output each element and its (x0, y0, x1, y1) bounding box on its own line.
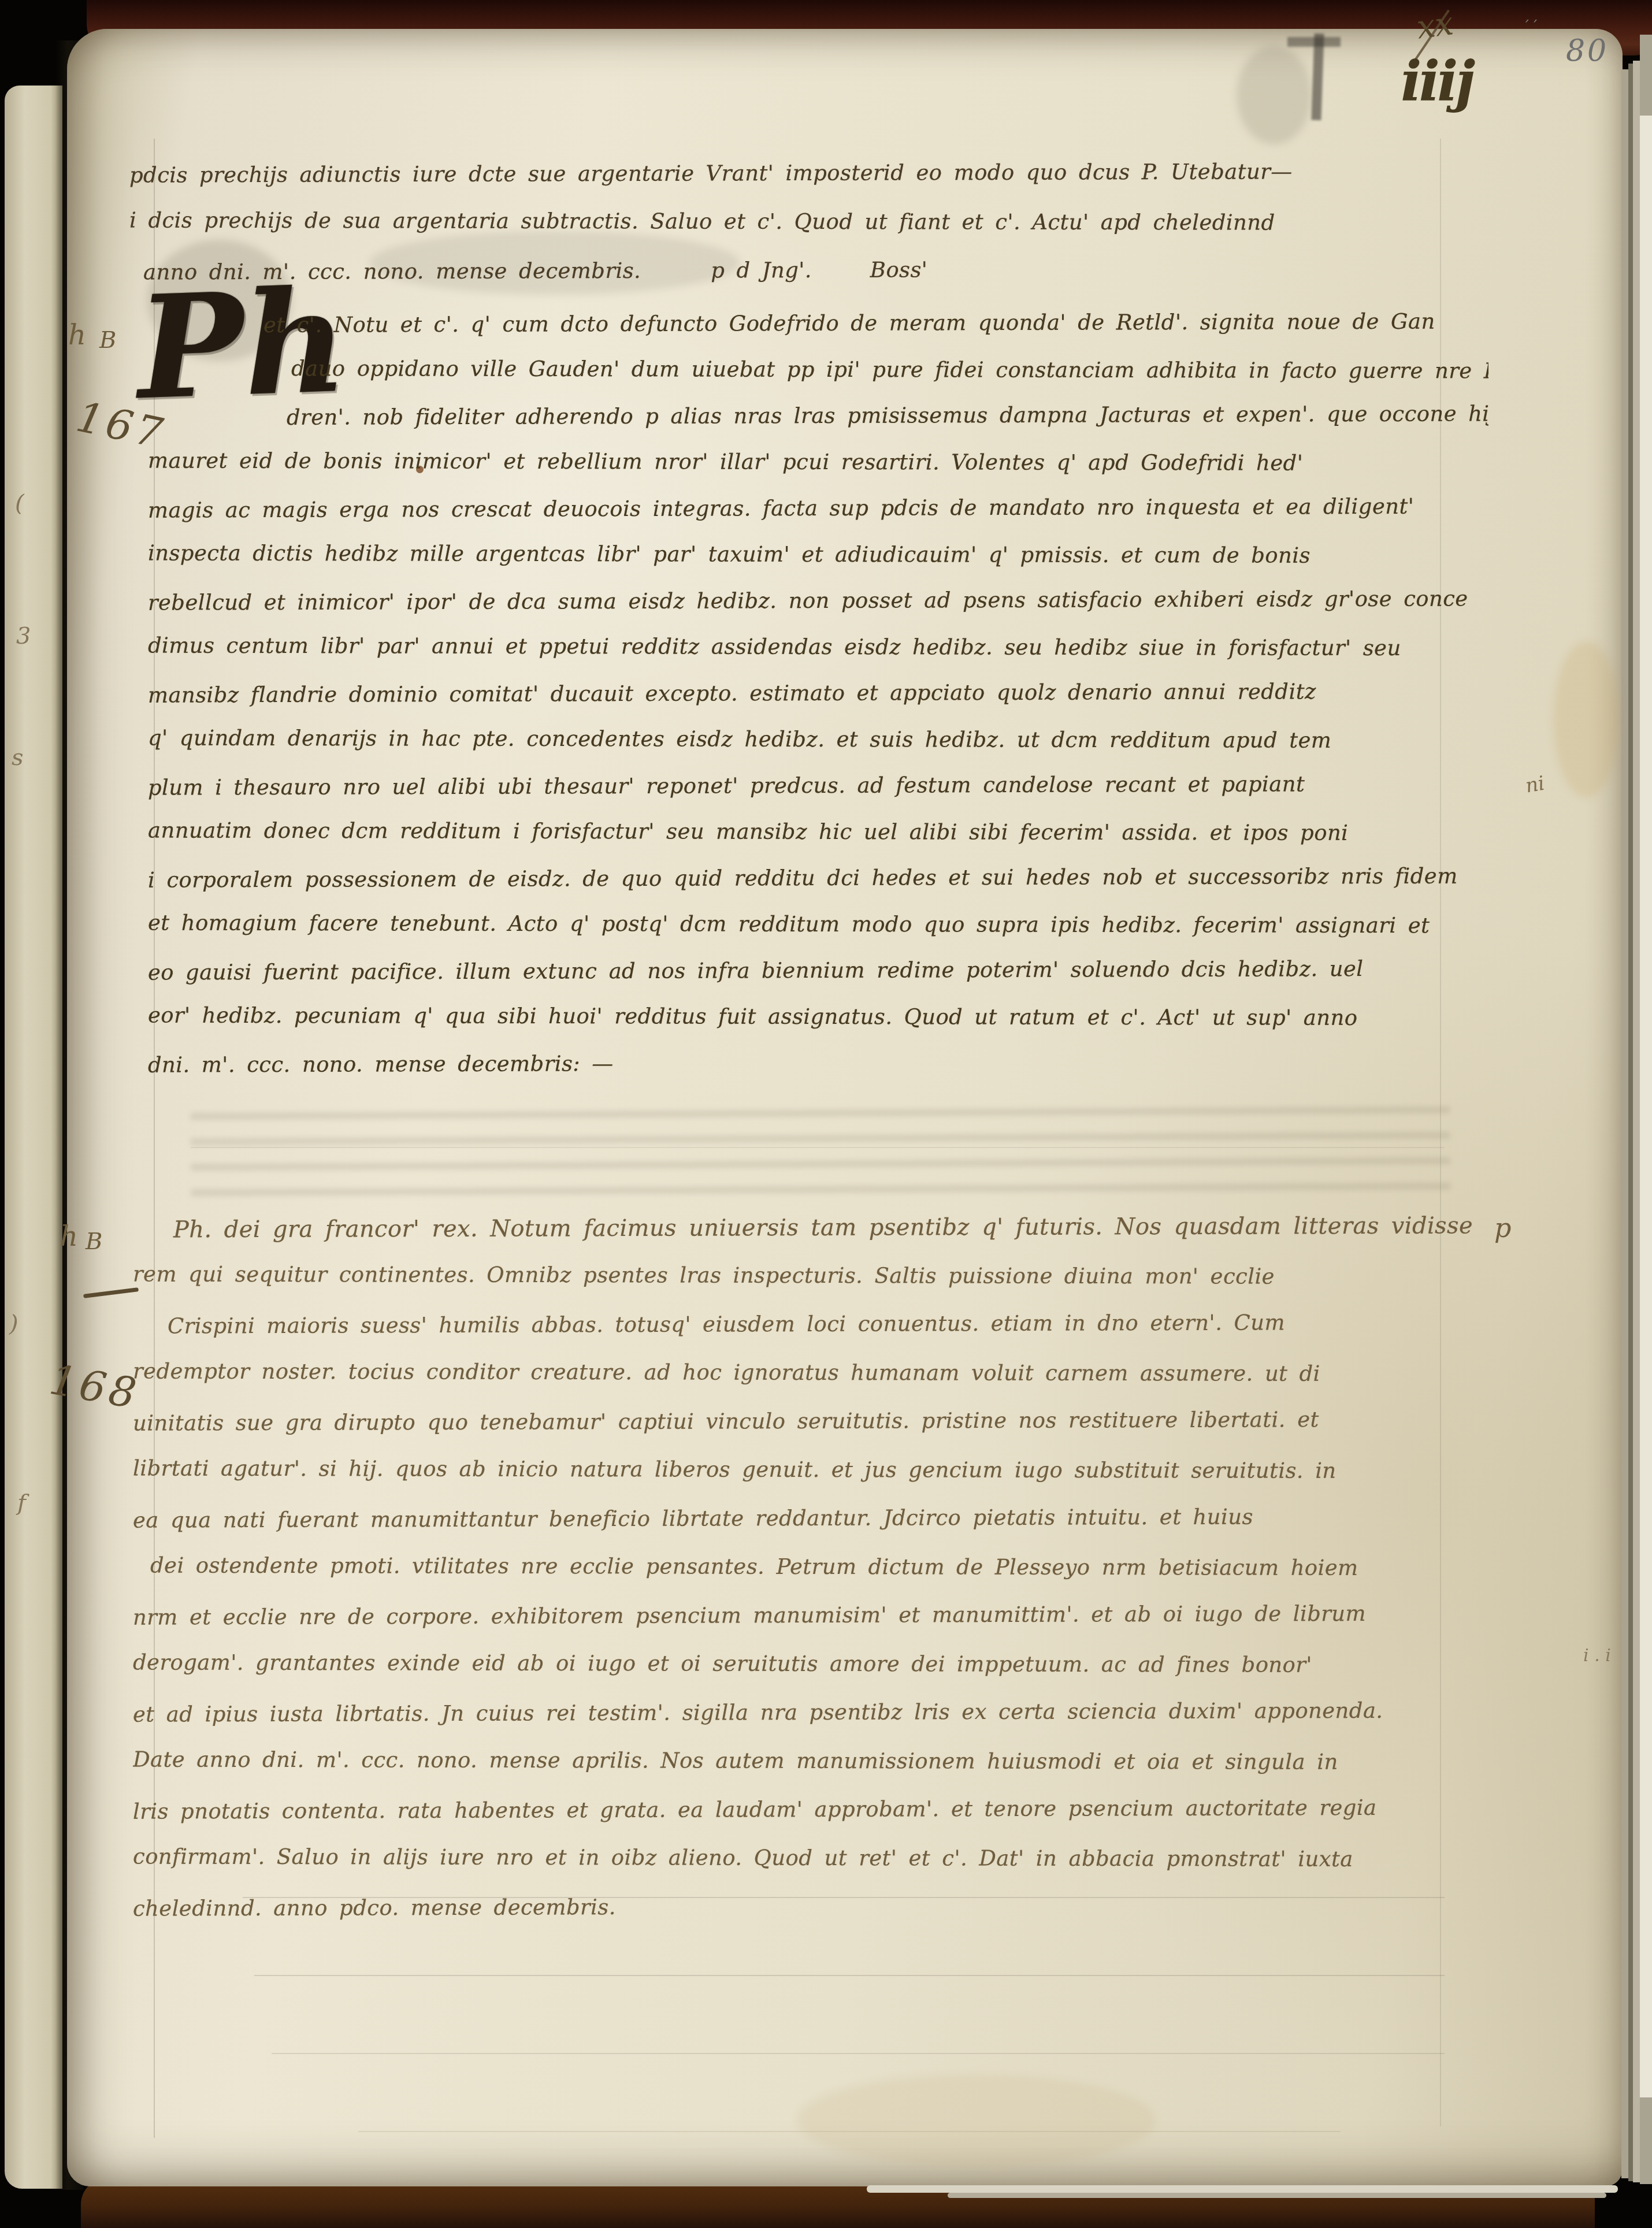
manuscript-line: eo gauisi fuerint pacifice. illum extunc… (148, 956, 1488, 1006)
manuscript-line: et ad ipius iusta librtatis. Jn cuius re… (133, 1698, 1485, 1750)
bleedthrough-initial-bar (1287, 37, 1341, 47)
prev-page-ink-mark: ) (9, 1310, 18, 1337)
bottom-leaf-edge-1 (867, 2185, 1618, 2193)
quire-mark-iiij: iiij (1401, 49, 1472, 114)
manuscript-line: et c'. Notu et c'. q' cum dcto defuncto … (148, 311, 1488, 359)
manuscript-line: inspecta dictis hedibz mille argentcas l… (148, 541, 1488, 590)
manuscript-line: rem qui sequitur continentes. Omnibz pse… (133, 1262, 1485, 1313)
margin-letter-h-2: h (60, 1220, 78, 1253)
manuscript-line: mauret eid de bonis inimicor' et rebelli… (148, 448, 1488, 497)
margin-letter-h-1: h (68, 319, 86, 351)
ruling-horizontal (254, 1975, 1445, 1976)
manuscript-line: lris pnotatis contenta. rata habentes et… (133, 1795, 1485, 1847)
entry-167-block: et c'. Notu et c'. q' cum dcto defuncto … (148, 311, 1488, 1097)
manuscript-line: annuatim donec dcm redditum i forisfactu… (148, 818, 1488, 867)
fore-edge-strip-2 (1628, 64, 1633, 2181)
manuscript-line: Date anno dni. m'. ccc. nono. mense apri… (133, 1747, 1485, 1799)
manuscript-line: cheledinnd. anno pdco. mense decembris. (133, 1892, 1485, 1943)
bottom-leaf-edge-2 (948, 2193, 1606, 2198)
entry-168-block: Ph. dei gra francor' rex. Notum facimus … (133, 1215, 1485, 1943)
manuscript-photo: ( 3 s ) f xx iiij 80 ′ ′ pdcis prechijs … (0, 0, 1652, 2228)
manuscript-line: dren'. nob fideliter adherendo p alias n… (148, 401, 1488, 451)
manuscript-line: dni. m'. ccc. nono. mense decembris: — (148, 1048, 1488, 1097)
right-margin-note-p: p (1494, 1212, 1511, 1243)
fore-edge-strip-1 (1621, 69, 1628, 2178)
manuscript-line: eor' hedibz. pecuniam q' qua sibi huoi' … (148, 1003, 1488, 1052)
prev-page-ink-mark: ( (15, 490, 24, 517)
manuscript-line: ea qua nati fuerant manumittantur benefi… (133, 1503, 1485, 1556)
manuscript-line: librtati agatur'. si hij. quos ab inicio… (133, 1456, 1485, 1507)
manuscript-line: Ph. dei gra francor' rex. Notum facimus … (133, 1215, 1485, 1265)
fore-edge-strip-white (1640, 116, 1652, 2097)
manuscript-line: q' quindam denarijs in hac pte. conceden… (148, 726, 1488, 775)
prev-page-ink-mark: 3 (16, 623, 31, 649)
fore-edge-strip-3 (1633, 61, 1640, 2182)
ruling-horizontal (272, 2053, 1445, 2054)
prev-page-ink-mark: f (17, 1490, 26, 1516)
manuscript-line: et homagium facere tenebunt. Acto q' pos… (148, 911, 1488, 960)
manuscript-line: rebellcud et inimicor' ipor' de dca suma… (148, 586, 1488, 636)
manuscript-line: magis ac magis erga nos crescat deuocois… (148, 493, 1488, 544)
manuscript-line: dauo oppidano ville Gauden' dum uiuebat … (148, 356, 1488, 405)
right-margin-note-ni: ni (1524, 771, 1546, 797)
manuscript-line: confirmam'. Saluo in alijs iure nro et i… (133, 1844, 1485, 1896)
manuscript-line: i corporalem possessionem de eisdz. de q… (148, 863, 1488, 914)
parchment-stain (797, 2074, 1156, 2167)
manuscript-line: Crispini maioris suess' humilis abbas. t… (133, 1309, 1485, 1362)
fore-edge-strip-top (1640, 35, 1652, 116)
fore-edge-strip-bottom (1640, 2097, 1652, 2184)
manuscript-line: uinitatis sue gra dirupto quo tenebamur'… (133, 1406, 1485, 1459)
manuscript-line: dei ostendente pmoti. vtilitates nre ecc… (133, 1553, 1485, 1605)
bleedthrough-blot (1237, 46, 1312, 144)
manuscript-line: i dcis prechijs de sua argentaria subtra… (129, 208, 1476, 259)
margin-letter-b-1: B (99, 327, 116, 354)
previous-page-edge: ( 3 s ) f (5, 86, 62, 2189)
bleedthrough-text-band (191, 1106, 1451, 1199)
manuscript-line: redemptor noster. tocius conditor creatu… (133, 1359, 1485, 1410)
manuscript-line: mansibz flandrie dominio comitat' ducaui… (148, 678, 1488, 729)
manuscript-line: pdcis prechijs adiunctis iure dcte sue a… (129, 161, 1476, 211)
manuscript-line: derogam'. grantantes exinde eid ab oi iu… (133, 1650, 1485, 1702)
margin-letter-b-2: B (86, 1228, 102, 1255)
prev-page-ink-mark: s (12, 744, 24, 771)
right-margin-note-dots: i . i (1583, 1646, 1611, 1666)
parchment-stain (1553, 641, 1620, 797)
pen-trials: ′ ′ (1525, 17, 1537, 35)
manuscript-line: dimus centum libr' par' annui et ppetui … (148, 633, 1488, 682)
manuscript-line: nrm et ecclie nre de corpore. exhibitore… (133, 1601, 1485, 1653)
folio-number: 80 (1566, 34, 1609, 68)
manuscript-line: plum i thesauro nro uel alibi ubi thesau… (148, 771, 1488, 821)
